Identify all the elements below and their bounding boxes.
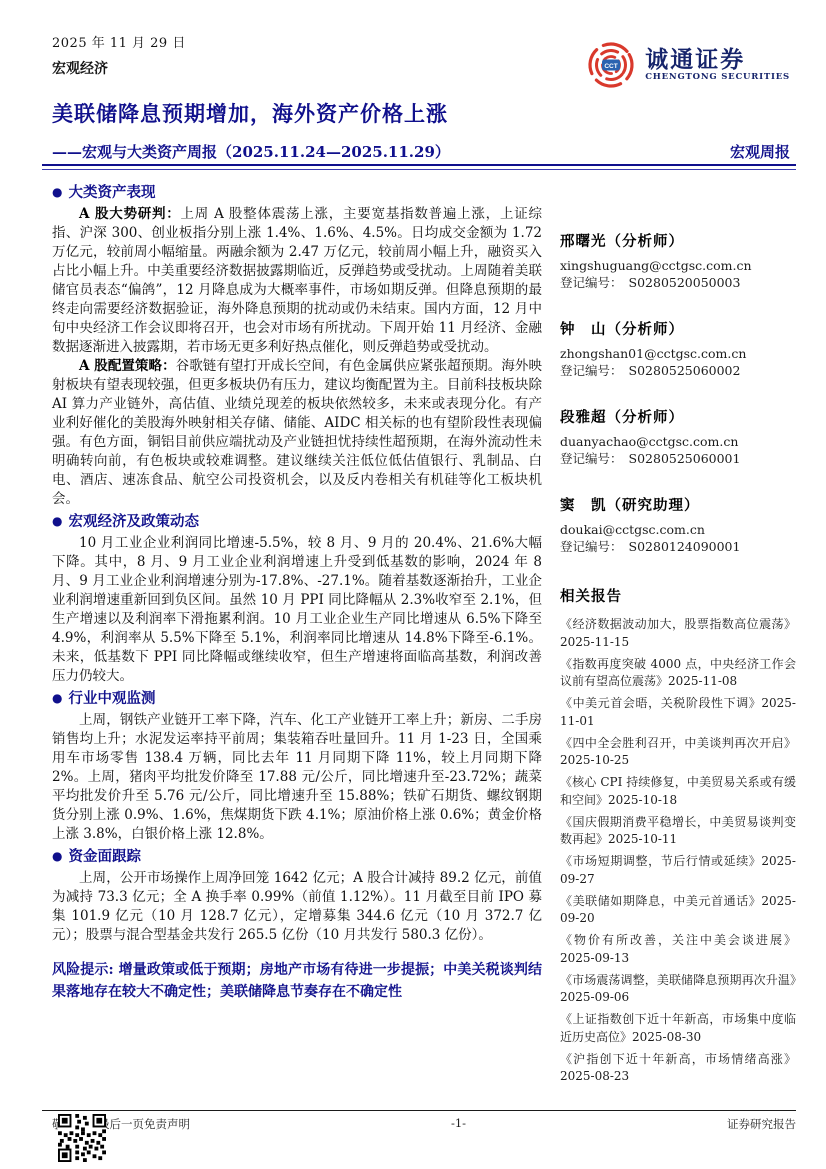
analyst-registration: 登记编号：S0280520050003 (560, 274, 796, 291)
section-heading: ●大类资产表现 (52, 183, 542, 203)
header-divider (42, 164, 796, 170)
logo-badge-text: CCT (605, 63, 618, 70)
analyst-registration: 登记编号：S0280525060001 (560, 450, 796, 467)
registration-label: 登记编号： (560, 451, 623, 466)
related-reports-heading: 相关报告 (560, 585, 796, 606)
analyst-name: 窦 凯（研究助理） (560, 494, 796, 515)
analyst-card: 窦 凯（研究助理）doukai@cctgsc.com.cn登记编号：S02801… (560, 494, 796, 555)
report-category: 宏观经济 (52, 58, 108, 78)
section-heading-label: 大类资产表现 (68, 184, 155, 201)
section-heading-label: 宏观经济及政策动态 (68, 513, 199, 530)
bullet-icon: ● (52, 185, 62, 199)
analyst-email: xingshuguang@cctgsc.com.cn (560, 257, 796, 274)
page-number: -1- (451, 1116, 466, 1132)
related-report-item: 《四中全会胜利召开，中美谈判再次开启》2025-10-25 (560, 735, 796, 770)
related-report-item: 《物价有所改善，关注中美会谈进展》2025-09-13 (560, 932, 796, 967)
related-reports: 相关报告 《经济数据波动加大，股票指数高位震荡》2025-11-15《指数再度突… (560, 585, 796, 1086)
registration-label: 登记编号： (560, 275, 623, 290)
related-report-item: 《国庆假期消费平稳增长，中美贸易谈判变数再起》2025-10-11 (560, 814, 796, 849)
body-paragraph: 上周，公开市场操作上周净回笼 1642 亿元；A 股合计减持 89.2 亿元，前… (52, 869, 542, 945)
analyst-email: zhongshan01@cctgsc.com.cn (560, 345, 796, 362)
related-report-item: 《指数再度突破 4000 点，中央经济工作会议前有望高位震荡》2025-11-0… (560, 656, 796, 691)
analyst-card: 段雅超（分析师）duanyachao@cctgsc.com.cn登记编号：S02… (560, 406, 796, 467)
section-heading: ●资金面跟踪 (52, 847, 542, 867)
registration-number: S0280525060001 (629, 451, 741, 466)
body-paragraph: 10 月工业企业利润同比增速-5.5%，较 8 月、9 月的 20.4%、21.… (52, 534, 542, 686)
paragraph-lead: A 股配置策略： (79, 358, 176, 374)
report-type-label: 宏观周报 (730, 141, 790, 162)
report-date: 2025 年 11 月 29 日 (52, 32, 186, 51)
paragraph-lead: A 股大势研判： (79, 206, 181, 222)
related-report-item: 《市场震荡调整，美联储降息预期再次升温》2025-09-06 (560, 972, 796, 1007)
body-paragraph: 上周，钢铁产业链开工率下降，汽车、化工产业链开工率上升；新房、二手房销售均上升；… (52, 711, 542, 844)
analyst-name: 钟 山（分析师） (560, 318, 796, 339)
logo-name-cn: 诚通证券 (645, 48, 790, 72)
related-report-item: 《上证指数创下近十年新高，市场集中度临近历史高位》2025-08-30 (560, 1011, 796, 1046)
analyst-name: 邢曙光（分析师） (560, 230, 796, 251)
related-reports-list: 《经济数据波动加大，股票指数高位震荡》2025-11-15《指数再度突破 400… (560, 616, 796, 1086)
analyst-registration: 登记编号：S0280525060002 (560, 362, 796, 379)
footer: 敬请参阅最后一页免责声明 -1- 证券研究报告 (42, 1116, 796, 1132)
analyst-name: 段雅超（分析师） (560, 406, 796, 427)
analyst-list: 邢曙光（分析师）xingshuguang@cctgsc.com.cn登记编号：S… (560, 230, 796, 555)
registration-number: S0280124090001 (629, 539, 741, 554)
related-report-item: 《核心 CPI 持续修复，中美贸易关系或有缓和空间》2025-10-18 (560, 774, 796, 809)
report-subtitle: ——宏观与大类资产周报（2025.11.24—2025.11.29） (52, 141, 450, 162)
sidebar: 邢曙光（分析师）xingshuguang@cctgsc.com.cn登记编号：S… (542, 180, 796, 1090)
related-report-item: 《美联储如期降息，中美元首通话》2025-09-20 (560, 893, 796, 928)
qr-code (58, 1114, 106, 1162)
registration-number: S0280520050003 (629, 275, 741, 290)
logo-text: 诚通证券 CHENGTONG SECURITIES (645, 48, 790, 83)
bullet-icon: ● (52, 849, 62, 863)
body-paragraph: A 股配置策略：谷歌链有望打开成长空间，有色金属供应紧张超预期。海外映射板块有望… (52, 357, 542, 509)
main-content: ●大类资产表现A 股大势研判：上周 A 股整体震荡上涨，主要宽基指数普遍上涨，上… (52, 180, 796, 1090)
section-heading: ●行业中观监测 (52, 689, 542, 709)
section-heading-label: 资金面跟踪 (68, 848, 141, 865)
logo-name-en: CHENGTONG SECURITIES (645, 72, 790, 83)
analyst-email: doukai@cctgsc.com.cn (560, 521, 796, 538)
page-title: 美联储降息预期增加，海外资产价格上涨 (52, 98, 448, 128)
footer-divider (42, 1110, 796, 1111)
related-report-item: 《市场短期调整，节后行情或延续》2025-09-27 (560, 853, 796, 888)
section-heading: ●宏观经济及政策动态 (52, 512, 542, 532)
analyst-card: 钟 山（分析师）zhongshan01@cctgsc.com.cn登记编号：S0… (560, 318, 796, 379)
subtitle-row: ——宏观与大类资产周报（2025.11.24—2025.11.29） 宏观周报 (52, 141, 790, 162)
logo-mark-icon: CCT (585, 40, 637, 90)
body-paragraph: A 股大势研判：上周 A 股整体震荡上涨，主要宽基指数普遍上涨，上证综指、沪深 … (52, 205, 542, 357)
related-report-item: 《经济数据波动加大，股票指数高位震荡》2025-11-15 (560, 616, 796, 651)
registration-label: 登记编号： (560, 539, 623, 554)
bullet-icon: ● (52, 691, 62, 705)
section-heading-label: 行业中观监测 (68, 690, 155, 707)
analyst-card: 邢曙光（分析师）xingshuguang@cctgsc.com.cn登记编号：S… (560, 230, 796, 291)
analyst-email: duanyachao@cctgsc.com.cn (560, 433, 796, 450)
footer-report-label: 证券研究报告 (727, 1116, 796, 1132)
related-report-item: 《中美元首会晤，关税阶段性下调》2025-11-01 (560, 695, 796, 730)
registration-number: S0280525060002 (629, 363, 741, 378)
related-report-item: 《沪指创下近十年新高，市场情绪高涨》2025-08-23 (560, 1051, 796, 1086)
analyst-registration: 登记编号：S0280124090001 (560, 538, 796, 555)
report-body: ●大类资产表现A 股大势研判：上周 A 股整体震荡上涨，主要宽基指数普遍上涨，上… (52, 180, 542, 1090)
risk-note: 风险提示: 增量政策或低于预期；房地产市场有待进一步提振；中美关税谈判结果落地存… (52, 959, 542, 1003)
report-page: 2025 年 11 月 29 日 宏观经济 CCT 诚通证券 CHENGTONG… (0, 0, 826, 1169)
company-logo: CCT 诚通证券 CHENGTONG SECURITIES (585, 40, 790, 90)
registration-label: 登记编号： (560, 363, 623, 378)
bullet-icon: ● (52, 514, 62, 528)
